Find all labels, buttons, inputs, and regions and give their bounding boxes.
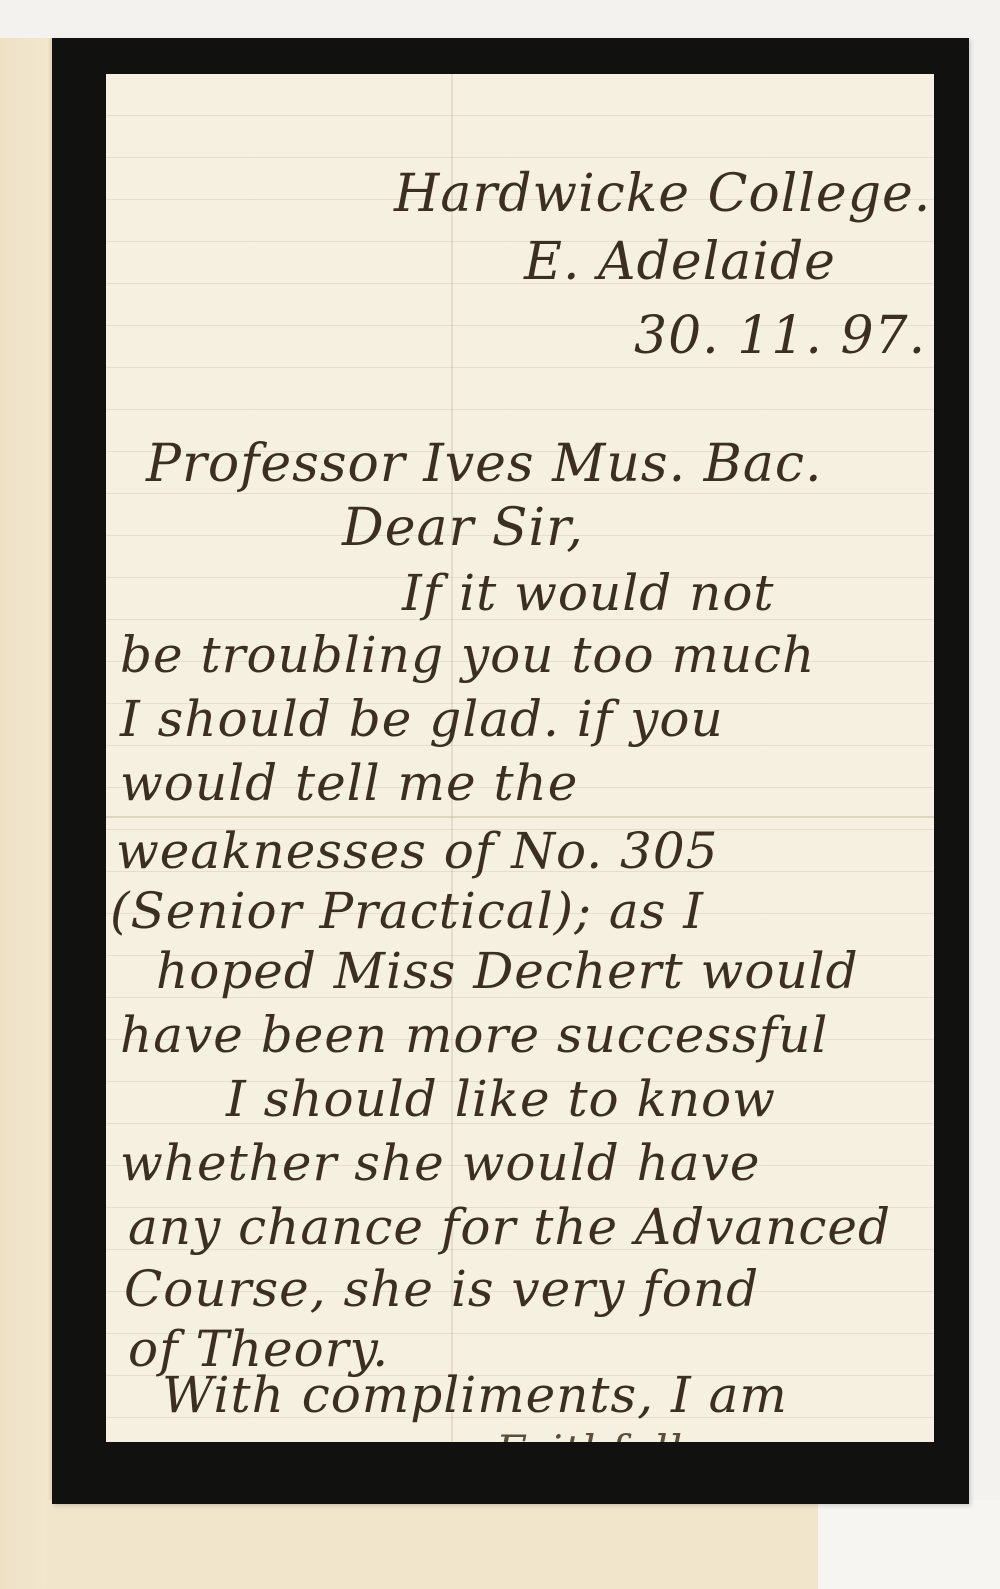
body-line: would tell me the <box>120 758 578 808</box>
fold-crease-horizontal <box>106 816 934 818</box>
body-line: I should like to know <box>226 1074 776 1124</box>
body-line: Course, she is very fond <box>124 1264 759 1314</box>
addressee: Professor Ives Mus. Bac. <box>146 438 823 490</box>
body-line: hoped Miss Dechert would <box>156 946 859 996</box>
body-line: I should be glad. if you <box>120 694 724 744</box>
greeting: Dear Sir, <box>342 502 584 554</box>
letter-paper: Hardwicke College. E. Adelaide 30. 11. 9… <box>106 74 934 1442</box>
closing-faithfully: Faithfully yours. <box>496 1430 859 1442</box>
heading-institution: Hardwicke College. <box>394 168 931 220</box>
scan-background <box>818 1500 1000 1589</box>
body-line: If it would not <box>402 568 775 618</box>
letter-mourning-border: Hardwicke College. E. Adelaide 30. 11. 9… <box>52 38 969 1504</box>
body-line: any chance for the Advanced <box>128 1202 891 1252</box>
body-line: whether she would have <box>120 1138 760 1188</box>
heading-location: E. Adelaide <box>524 236 836 288</box>
heading-date: 30. 11. 97. <box>634 310 926 362</box>
body-line: (Senior Practical); as I <box>110 886 704 936</box>
body-line: be troubling you too much <box>120 630 815 680</box>
underlying-sheet <box>45 1500 818 1589</box>
body-line: have been more successful <box>120 1010 828 1060</box>
closing-compliments: With compliments, I am <box>162 1370 788 1420</box>
body-line: weaknesses of No. 305 <box>116 826 718 876</box>
